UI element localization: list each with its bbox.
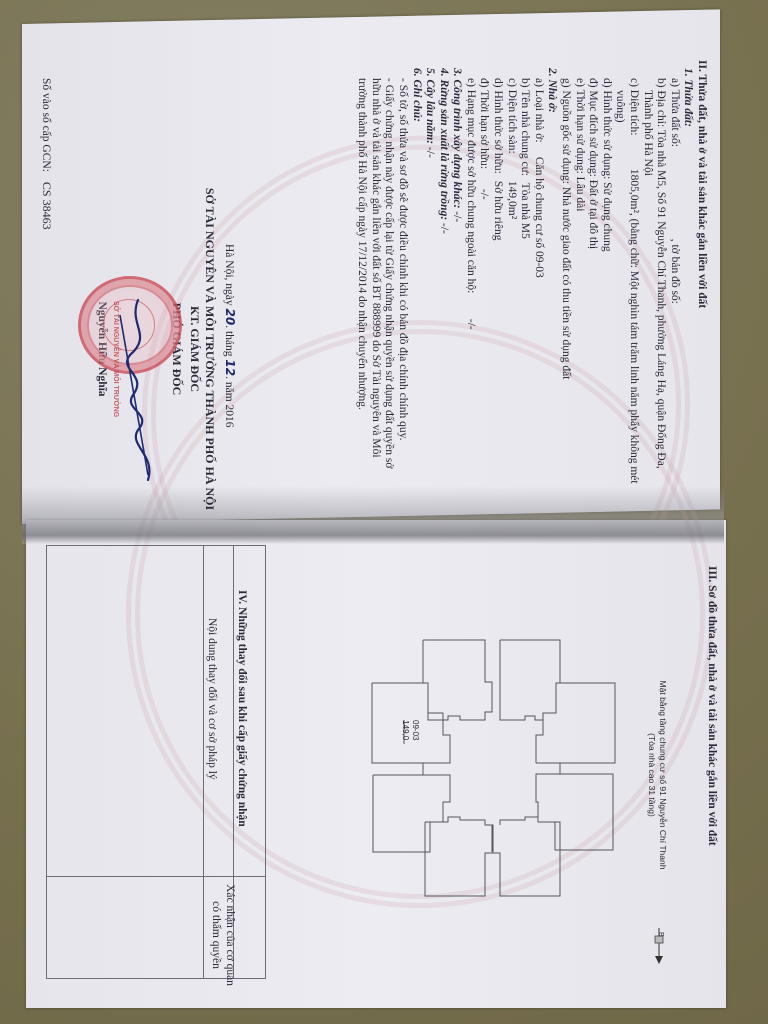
land-origin-value: Nhà nước giao đất có thu tiền sử dụng đấ…: [560, 187, 572, 380]
house-type-label: a) Loại nhà ở:: [531, 78, 545, 154]
other-construction-label: 3. Công trình xây dựng khác:: [451, 68, 463, 208]
notes-line: trường thành phố Hà Nội cấp ngày 17/12/2…: [355, 60, 369, 484]
floor-area-label: c) Diện tích sàn:: [504, 78, 518, 178]
land-area-value-cont: vuông): [613, 60, 627, 484]
date-prefix: Hà Nội, ngày: [223, 244, 235, 306]
floor-plan-caption: Mặt bằng tầng chung cư số 91 Nguyễn Chí …: [646, 660, 668, 890]
land-origin-row: g) Nguồn gốc sử dụng: Nhà nước giao đất …: [558, 60, 572, 484]
forest-value: -/-: [438, 223, 450, 234]
notes-line: - Số tờ, số thửa và sơ đồ sẽ được điều c…: [395, 60, 409, 484]
section-4-title: IV. Những thay đổi sau khi cấp giấy chứn…: [234, 590, 252, 827]
land-parcel-label: a) Thửa đất số:: [669, 78, 681, 147]
changes-col-header-content: Nội dung thay đổi và cơ sở pháp lý: [204, 618, 222, 780]
land-term-row: e) Thời hạn sử dụng: Lâu dài: [572, 60, 586, 484]
house-type-value: Căn hộ chung cư số 09-03: [533, 157, 545, 278]
land-area-row: c) Diện tích: 1805,0m², (bằng chữ: Một n…: [626, 60, 640, 484]
table-divider-horizontal: [47, 876, 265, 877]
other-construction-row: 3. Công trình xây dựng khác: -/-: [450, 60, 464, 484]
map-sheet-label: , tờ bản đồ số:: [669, 239, 681, 304]
land-purpose-label: đ) Mục đích sử dụng:: [587, 78, 599, 177]
land-address-value: Tòa nhà M5, Số 91 Nguyễn Chí Thanh, phườ…: [655, 130, 667, 469]
issue-year: năm 2016: [223, 382, 235, 428]
ownership-term-row: đ) Thời hạn sở hữu: -/-: [477, 60, 491, 484]
land-parcel-row: a) Thửa đất số: , tờ bản đồ số:: [667, 60, 681, 484]
forest-row: 4. Rừng sản xuất là rừng trồng: -/-: [436, 60, 450, 484]
unit-label: 09-03 149,0: [400, 720, 420, 740]
land-heading: 1. Thửa đất:: [681, 60, 695, 484]
notes-line: hữu nhà ở và tài sản khác gắn liền với đ…: [368, 60, 382, 484]
issuing-authority: SỞ TÀI NGUYÊN VÀ MÔI TRƯỜNG THÀNH PHỐ HÀ…: [203, 184, 217, 514]
ownership-form-value: Sở hữu riêng: [492, 181, 504, 241]
registry-label: Số vào sổ cấp GCN:: [40, 78, 52, 172]
other-construction-value: -/-: [451, 211, 463, 222]
notes-line: - Giấy chứng nhận này được cấp lại từ Gi…: [382, 60, 396, 484]
house-heading: 2. Nhà ở:: [545, 60, 559, 484]
issue-date: Hà Nội, ngày 20. tháng 12. năm 2016: [221, 184, 236, 514]
land-use-form-label: d) Hình thức sử dụng:: [601, 78, 613, 179]
land-address-city: Thành phố Hà Nội: [640, 60, 654, 484]
ownership-term-label: đ) Thời hạn sở hữu:: [477, 78, 491, 186]
on-behalf-label: KT. GIÁM ĐỐC: [187, 184, 201, 514]
col-content-changes: Nội dung thay đổi và cơ sở pháp lý: [206, 618, 218, 780]
col-confirm-line1: Xác nhận của cơ quan: [222, 880, 236, 990]
building-name-value: Tòa nhà M5: [519, 183, 531, 239]
shared-items-row: e) Hạng mục được sở hữu chung ngoài căn …: [463, 60, 477, 484]
floor-area-value: 149,0m²: [506, 181, 518, 219]
land-address-label: b) Địa chỉ:: [655, 78, 667, 127]
ownership-form-row: d) Hình thức sở hữu: Sở hữu riêng: [491, 60, 505, 484]
section-4-title-text: IV. Những thay đổi sau khi cấp giấy chứn…: [236, 590, 248, 827]
perennial-value: -/-: [424, 147, 436, 158]
plan-caption-line2: (Tòa nhà cao 31 tầng): [646, 660, 657, 890]
registry-value: CS 38463: [40, 176, 54, 230]
ownership-form-label: d) Hình thức sở hữu:: [491, 78, 505, 178]
land-use-form-row: d) Hình thức sử dụng: Sử dụng chung: [599, 60, 613, 484]
issue-month: 12: [223, 359, 237, 376]
north-label: B: [657, 932, 664, 937]
house-type-row: a) Loại nhà ở: Căn hộ chung cư số 09-03: [531, 60, 545, 484]
land-address-row: b) Địa chỉ: Tòa nhà M5, Số 91 Nguyễn Chí…: [654, 60, 668, 484]
issue-day: 20: [223, 309, 237, 326]
plan-caption-line1: Mặt bằng tầng chung cư số 91 Nguyễn Chí …: [657, 660, 668, 890]
land-use-form-value: Sử dụng chung: [601, 182, 613, 251]
changes-col-header-confirm: Xác nhận của cơ quan có thẩm quyền: [209, 880, 236, 990]
section-3-title-text: III. Sơ đồ thửa đất, nhà ở và tài sản kh…: [706, 566, 718, 846]
land-purpose-row: đ) Mục đích sử dụng: Đất ở tại đô thị: [586, 60, 600, 484]
land-area-value: 1805,0m², (bằng chữ: Một nghìn tám trăm …: [628, 169, 640, 484]
apartment-floor-plan: [360, 620, 630, 900]
section-3-title: III. Sơ đồ thửa đất, nhà ở và tài sản kh…: [704, 566, 722, 846]
land-term-label: e) Thời hạn sử dụng:: [574, 78, 586, 174]
land-origin-label: g) Nguồn gốc sử dụng:: [560, 78, 572, 184]
land-purpose-value: Đất ở tại đô thị: [587, 180, 599, 249]
land-term-value: Lâu dài: [574, 177, 586, 212]
col-confirm-line2: có thẩm quyền: [209, 880, 223, 990]
perennial-label: 5. Cây lâu năm:: [424, 68, 436, 144]
unit-area: 149,0: [400, 720, 410, 740]
shared-items-label: e) Hạng mục được sở hữu chung ngoài căn …: [463, 78, 477, 316]
section-2-title: II. Thửa đất, nhà ở và tài sản khác gắn …: [694, 60, 708, 484]
land-area-label: c) Diện tích:: [626, 78, 640, 166]
building-name-row: b) Tên nhà chung cư: Tòa nhà M5: [518, 60, 532, 484]
handwritten-signature: [108, 295, 178, 485]
section-2-block: II. Thửa đất, nhà ở và tài sản khác gắn …: [355, 60, 708, 484]
registry-number: Số vào sổ cấp GCN: CS 38463: [38, 78, 56, 230]
forest-label: 4. Rừng sản xuất là rừng trồng:: [438, 68, 450, 220]
ownership-term-value: -/-: [479, 189, 491, 200]
shared-items-value: -/-: [465, 319, 477, 330]
building-name-label: b) Tên nhà chung cư:: [518, 78, 532, 180]
floor-area-row: c) Diện tích sàn: 149,0m²: [504, 60, 518, 484]
unit-number: 09-03: [410, 720, 420, 740]
notes-heading: 6. Ghi chú:: [409, 60, 423, 484]
perennial-row: 5. Cây lâu năm: -/-: [423, 60, 437, 484]
month-label: tháng: [223, 331, 235, 357]
